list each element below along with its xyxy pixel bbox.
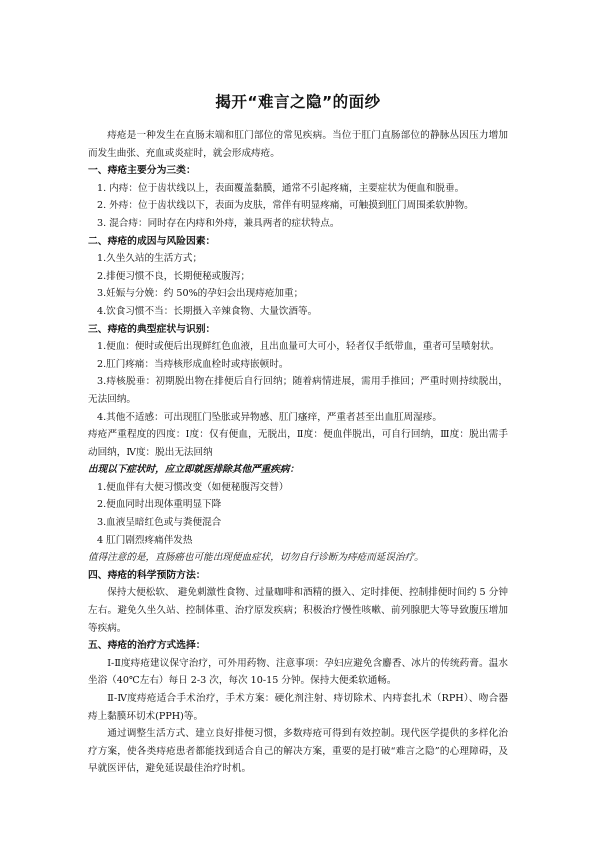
document-body: 痔疮是一种发生在直肠末端和肛门部位的常见疾病。当位于肛门直肠部位的静脉丛因压力增… bbox=[88, 127, 508, 778]
section-heading-types: 一、痔疮主要分为三类： bbox=[88, 162, 508, 180]
section-heading-treatment: 五、痔疮的治疗方式选择： bbox=[88, 637, 508, 655]
prevention-paragraph: 保持大便松软、 避免刺激性食物、过量咖啡和酒精的摄入、定时排便、控制排便时间约 … bbox=[88, 584, 508, 637]
section-heading-symptoms: 三、痔疮的典型症状与识别： bbox=[88, 321, 508, 339]
list-item: 3. 混合痔：同时存在内痔和外痔，兼具两者的症状特点。 bbox=[88, 215, 508, 233]
alert-item: 1.便血伴有大便习惯改变（如便秘腹泻交替） bbox=[88, 479, 508, 497]
treatment-paragraph: Ⅱ-Ⅳ度痔疮适合手术治疗，手术方案：硬化剂注射、痔切除术、内痔套扎术（RPH）、… bbox=[88, 690, 508, 725]
list-item: 1.久坐久站的生活方式； bbox=[88, 250, 508, 268]
alert-item: 3.血液呈暗红色或与粪便混合 bbox=[88, 514, 508, 532]
alert-item: 4 肛门剧烈疼痛伴发热 bbox=[88, 532, 508, 550]
list-item: 1.便血：便时或便后出现鲜红色血液，且出血量可大可小，轻者仅手纸带血，重者可呈喷… bbox=[88, 338, 508, 356]
conclusion-paragraph: 通过调整生活方式、建立良好排便习惯，多数痔疮可得到有效控制。现代医学提供的多样化… bbox=[88, 725, 508, 778]
list-item: 3.痔核脱垂：初期脱出物在排便后自行回纳；随着病情进展，需用手推回；严重时则持续… bbox=[88, 373, 508, 408]
alert-item: 2.便血同时出现体重明显下降 bbox=[88, 496, 508, 514]
section-heading-prevention: 四、痔疮的科学预防方法： bbox=[88, 567, 508, 585]
warning-note: 值得注意的是，直肠癌也可能出现便血症状，切勿自行诊断为痔疮而延误治疗。 bbox=[88, 549, 508, 567]
list-item: 4.饮食习惯不当：长期摄入辛辣食物、大量饮酒等。 bbox=[88, 303, 508, 321]
alert-heading: 出现以下症状时，应立即就医排除其他严重疾病： bbox=[88, 461, 508, 479]
list-item: 4.其他不适感：可出现肛门坠胀或异物感、肛门瘙痒，严重者甚至出血肛周湿疹。 bbox=[88, 409, 508, 427]
list-item: 2.肛门疼痛：当痔核形成血栓时或痔嵌顿时。 bbox=[88, 356, 508, 374]
list-item: 2.排便习惯不良，长期便秘或腹泻； bbox=[88, 268, 508, 286]
list-item: 1. 内痔：位于齿状线以上，表面覆盖黏膜，通常不引起疼痛，主要症状为便血和脱垂。 bbox=[88, 180, 508, 198]
list-item: 2. 外痔：位于齿状线以下，表面为皮肤，常伴有明显疼痛，可触摸到肛门周围柔软肿物… bbox=[88, 197, 508, 215]
treatment-paragraph: Ⅰ-Ⅱ度痔疮建议保守治疗，可外用药物、注意事项：孕妇应避免含麝香、冰片的传统药膏… bbox=[88, 655, 508, 690]
section-heading-causes: 二、痔疮的成因与风险因素： bbox=[88, 233, 508, 251]
list-item: 3.妊娠与分娩：约 50%的孕妇会出现痔疮加重； bbox=[88, 285, 508, 303]
intro-paragraph: 痔疮是一种发生在直肠末端和肛门部位的常见疾病。当位于肛门直肠部位的静脉丛因压力增… bbox=[88, 127, 508, 162]
severity-paragraph: 痔疮严重程度的四度：Ⅰ度：仅有便血，无脱出，Ⅱ度：便血伴脱出，可自行回纳，Ⅲ度：… bbox=[88, 426, 508, 461]
document-title: 揭开“难言之隐”的面纱 bbox=[88, 90, 508, 112]
